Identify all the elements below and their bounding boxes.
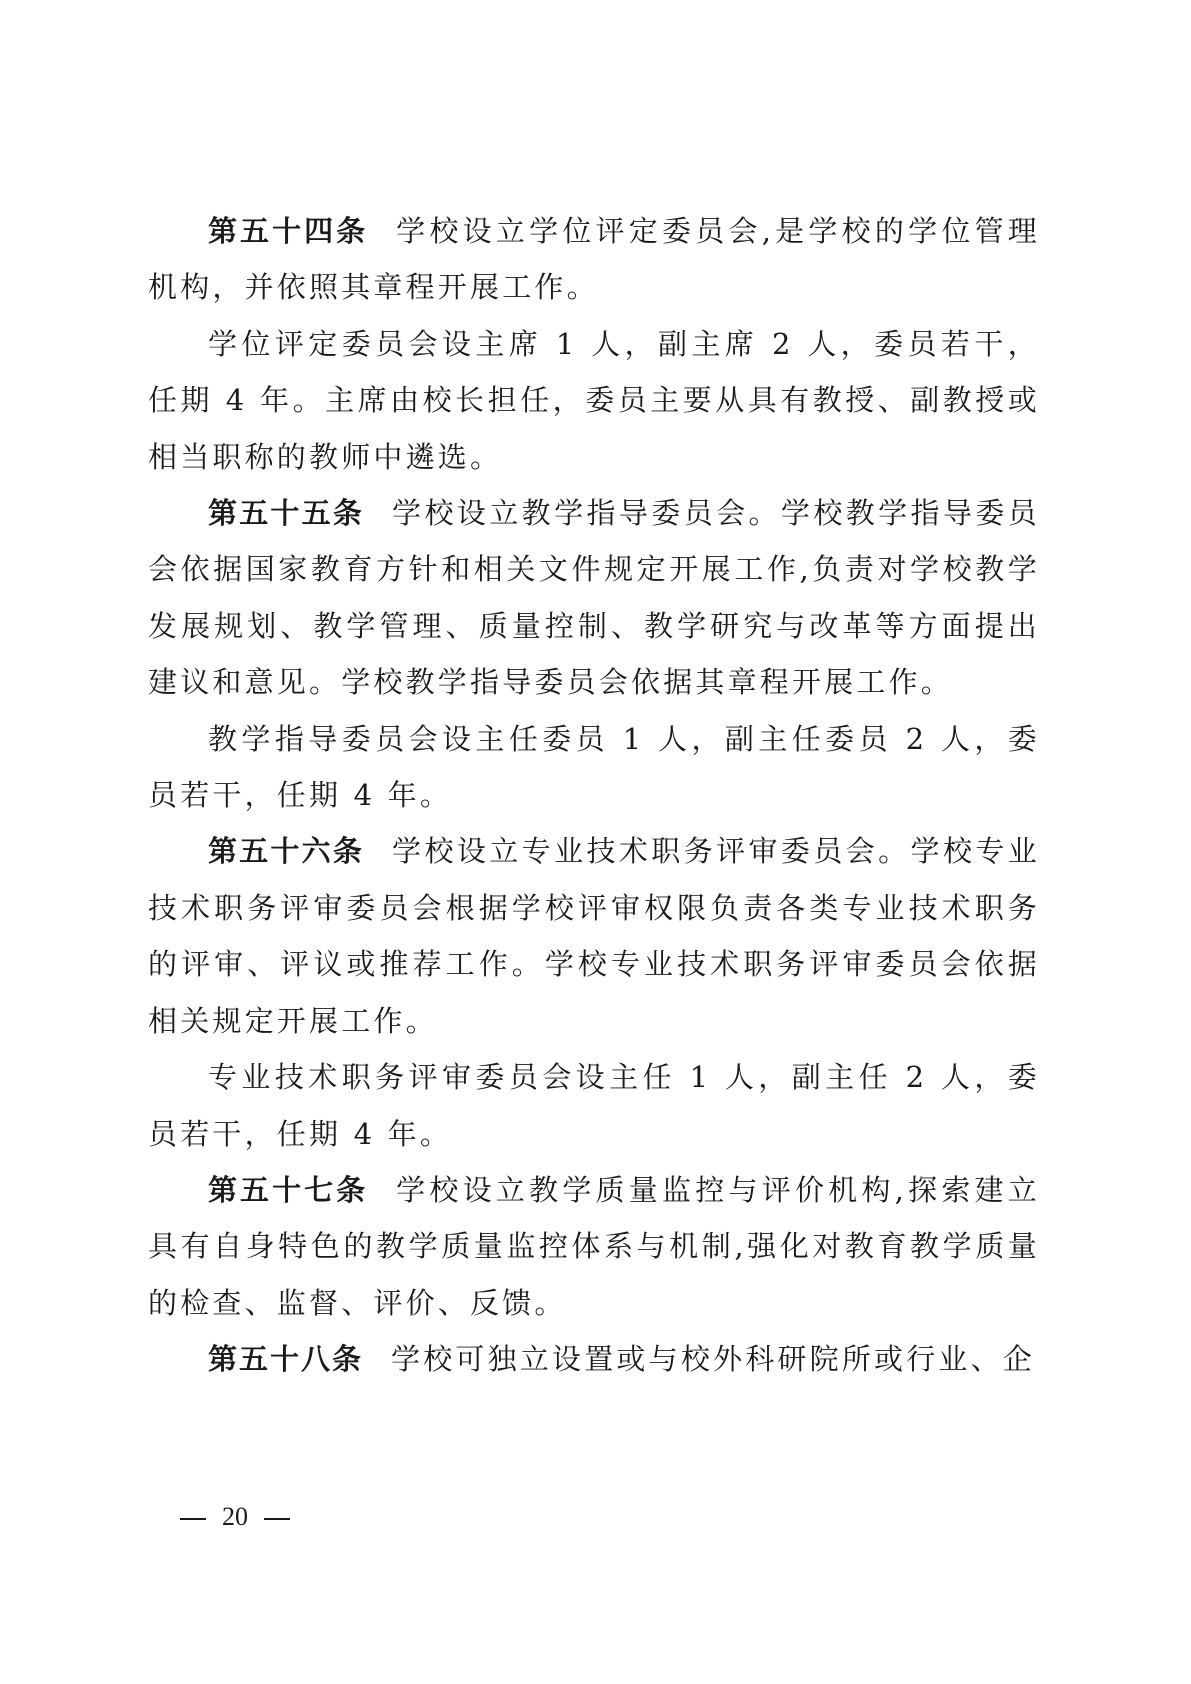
paragraph-text: 专业技术职务评审委员会设主任 1 人，副主任 2 人，委员若干，任期 4 年。 xyxy=(148,1060,1040,1150)
page-footer: 20 xyxy=(180,1502,290,1532)
paragraph-article-55-detail: 教学指导委员会设主任委员 1 人，副主任委员 2 人，委员若干，任期 4 年。 xyxy=(148,711,1040,824)
article-heading: 第五十五条 xyxy=(208,496,364,530)
paragraph-article-54-detail: 学位评定委员会设主席 1 人，副主席 2 人，委员若干，任期 4 年。主席由校长… xyxy=(148,316,1040,485)
paragraph-article-54: 第五十四条学校设立学位评定委员会,是学校的学位管理机构，并依照其章程开展工作。 xyxy=(148,203,1040,316)
article-heading: 第五十八条 xyxy=(208,1342,363,1376)
paragraph-text: 学校可独立设置或与校外科研院所或行业、企 xyxy=(391,1342,1035,1376)
dash-right xyxy=(264,1518,290,1520)
paragraph-article-57: 第五十七条学校设立教学质量监控与评价机构,探索建立具有自身特色的教学质量监控体系… xyxy=(148,1162,1040,1331)
paragraph-article-58: 第五十八条学校可独立设置或与校外科研院所或行业、企 xyxy=(148,1331,1040,1387)
article-heading: 第五十六条 xyxy=(208,834,364,868)
article-heading: 第五十七条 xyxy=(208,1173,368,1207)
article-heading: 第五十四条 xyxy=(208,214,368,248)
page-number: 20 xyxy=(222,1502,248,1531)
paragraph-article-55: 第五十五条学校设立教学指导委员会。学校教学指导委员会依据国家教育方针和相关文件规… xyxy=(148,485,1040,711)
dash-left xyxy=(180,1518,206,1520)
document-body: 第五十四条学校设立学位评定委员会,是学校的学位管理机构，并依照其章程开展工作。 … xyxy=(148,203,1040,1388)
paragraph-text: 教学指导委员会设主任委员 1 人，副主任委员 2 人，委员若干，任期 4 年。 xyxy=(148,722,1040,812)
paragraph-text: 学位评定委员会设主席 1 人，副主席 2 人，委员若干，任期 4 年。主席由校长… xyxy=(148,327,1040,474)
paragraph-article-56: 第五十六条学校设立专业技术职务评审委员会。学校专业技术职务评审委员会根据学校评审… xyxy=(148,823,1040,1049)
paragraph-article-56-detail: 专业技术职务评审委员会设主任 1 人，副主任 2 人，委员若干，任期 4 年。 xyxy=(148,1049,1040,1162)
